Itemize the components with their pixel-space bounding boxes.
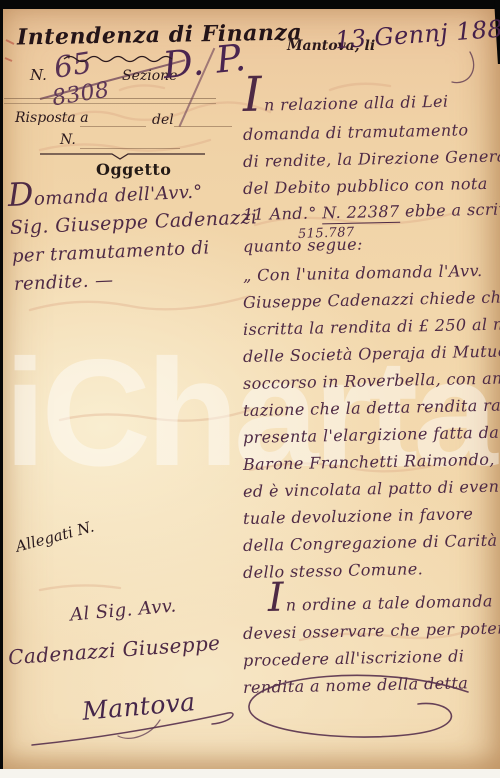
recipient-line: Cadenazzi Giuseppe: [7, 631, 221, 670]
oggetto-line: Domanda dell'Avv.°: [8, 182, 204, 211]
body-line: rendita a nome della detta: [243, 673, 469, 697]
body-line: procedere all'iscrizione di: [243, 646, 465, 670]
body-line: tazione che la detta rendita rap-: [243, 395, 500, 420]
body-line: quanto segue:: [243, 234, 363, 256]
body-line: delle Società Operaja di Mutuo: [243, 341, 500, 366]
body-line: In relazione alla di Lei: [243, 91, 449, 115]
ink-layer: Intendenza di Finanza N. 65 Sezione D. P…: [0, 0, 500, 778]
body-line: di rendite, la Direzione Generale: [243, 146, 500, 171]
date-value: 13 Gennj 1887: [334, 14, 500, 55]
ref-post: ebbe a scrivere: [399, 199, 500, 221]
risposta-fill-line: [80, 126, 146, 127]
body-line: del Debito pubblico con nota: [243, 174, 488, 198]
body-line: soccorso in Roverbella, con anno-: [243, 368, 500, 393]
number-label: N.: [30, 66, 47, 84]
ref-number: N. 22387: [322, 202, 400, 225]
body-line: della Congregazione di Carità: [243, 531, 498, 555]
second-number-label: N.: [60, 132, 76, 148]
oggetto-line: Sig. Giuseppe Cadenazzi: [10, 206, 258, 239]
sezione-value: D. P.: [161, 36, 248, 87]
del-fill-line: [174, 126, 232, 127]
body-line: ed è vincolata al patto di even-: [243, 477, 500, 501]
body-line: devesi osservare che per poter: [243, 619, 500, 643]
oggetto-label: Oggetto: [96, 160, 171, 179]
risposta-label: Risposta a: [15, 110, 89, 126]
body-line: Giuseppe Cadenazzi chiede che sia: [243, 287, 500, 312]
oggetto-line: rendite. —: [14, 270, 114, 295]
oggetto-line: per tramutamento di: [12, 237, 210, 267]
body-line: In ordine a tale domanda: [268, 591, 493, 615]
body-line: Barone Franchetti Raimondo,: [243, 450, 495, 474]
body-line: „ Con l'unita domanda l'Avv.: [243, 261, 483, 285]
recipient-line: Mantova: [81, 687, 197, 726]
body-line: iscritta la rendita di £ 250 al nome: [243, 314, 500, 339]
recipient-line: Al Sig. Avv.: [69, 595, 177, 625]
body-line: domanda di tramutamento: [243, 120, 469, 144]
body-line: presenta l'elargizione fatta dal: [243, 423, 500, 447]
body-line: tuale devoluzione in favore: [243, 504, 474, 528]
letterhead-office: Intendenza di Finanza: [17, 20, 303, 51]
number-value: 65: [52, 45, 95, 84]
allegati-label: Allegati N.: [14, 518, 96, 556]
ref-pre: 11 And.°: [243, 203, 323, 224]
second-number-fill-line: [80, 148, 180, 149]
scanned-letter: iCharta Intendenza di Finanza N. 65 Sezi…: [0, 0, 500, 778]
del-label: del: [152, 112, 174, 128]
form-double-rule: [4, 98, 216, 104]
body-reference-line: 11 And.° N. 22387 ebbe a scrivere: [243, 199, 500, 224]
